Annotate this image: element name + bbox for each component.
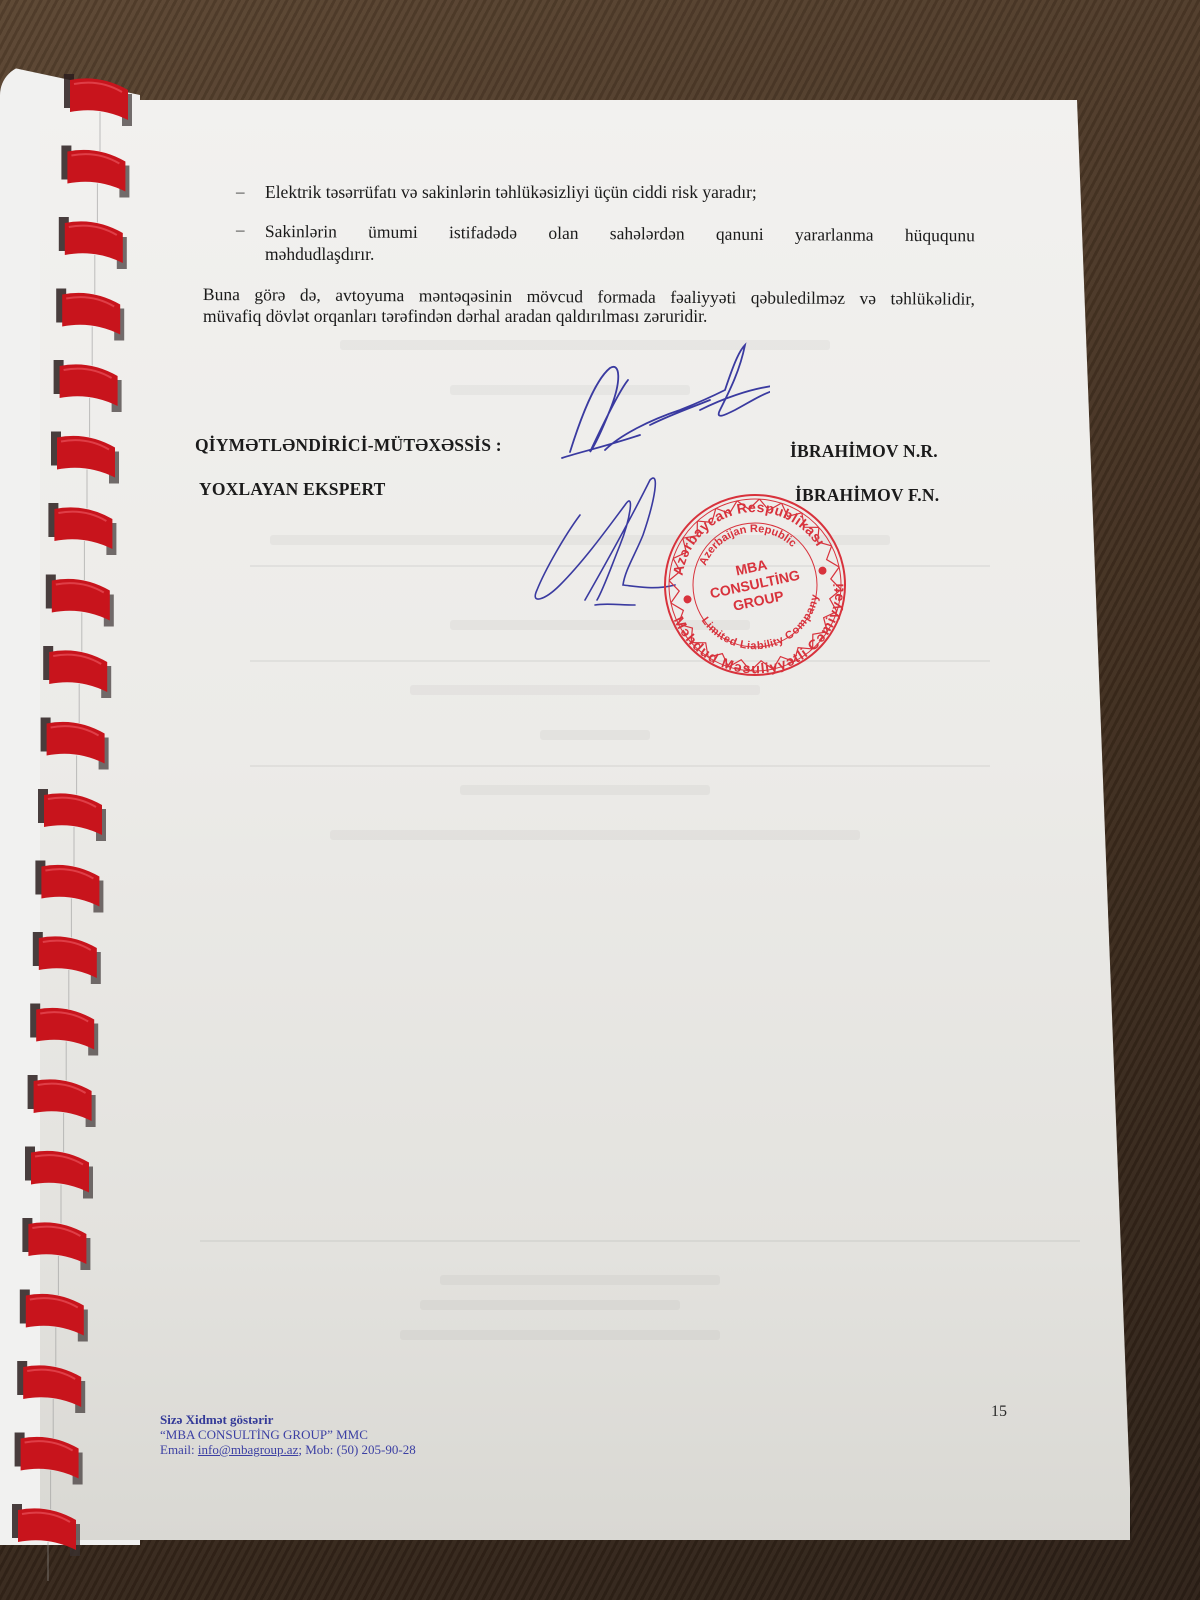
footer: Sizə Xidmət göstərir “MBA CONSULTİNG GRO… [160,1412,416,1457]
bullet-item-2-line2: məhdudlaşdırır. [265,243,374,265]
footer-email-link[interactable]: info@mbagroup.az [198,1442,298,1457]
footer-email-label: Email: [160,1442,198,1457]
company-stamp: Azərbaycan Respublikası Məhdud Məsuliyyə… [660,490,850,680]
page-number: 15 [991,1403,1007,1421]
signature-appraiser [550,340,770,470]
footer-company: “MBA CONSULTİNG GROUP” MMC [160,1427,416,1442]
bullet-marker: – [236,220,245,240]
signatory-role-appraiser: QİYMƏTLƏNDİRİCİ-MÜTƏXƏSSİS : [195,434,502,456]
bullet-marker: – [236,182,245,202]
bullet-item-1: Elektrik təsərrüfatı və sakinlərin təhlü… [265,181,757,203]
conclusion-line2: müvafiq dövlət orqanları tərəfindən dərh… [203,305,707,327]
photo-scene: – Elektrik təsərrüfatı və sakinlərin təh… [0,0,1200,1600]
signatory-name-appraiser: İBRAHİMOV N.R. [790,440,938,462]
page-content: – Elektrik təsərrüfatı və sakinlərin təh… [0,0,1200,1600]
signatory-role-reviewer: YOXLAYAN EKSPERT [199,478,386,500]
footer-contact: Email: info@mbagroup.az; Mob: (50) 205-9… [160,1442,416,1457]
footer-service-line: Sizə Xidmət göstərir [160,1412,273,1427]
footer-mobile: ; Mob: (50) 205-90-28 [298,1442,415,1457]
